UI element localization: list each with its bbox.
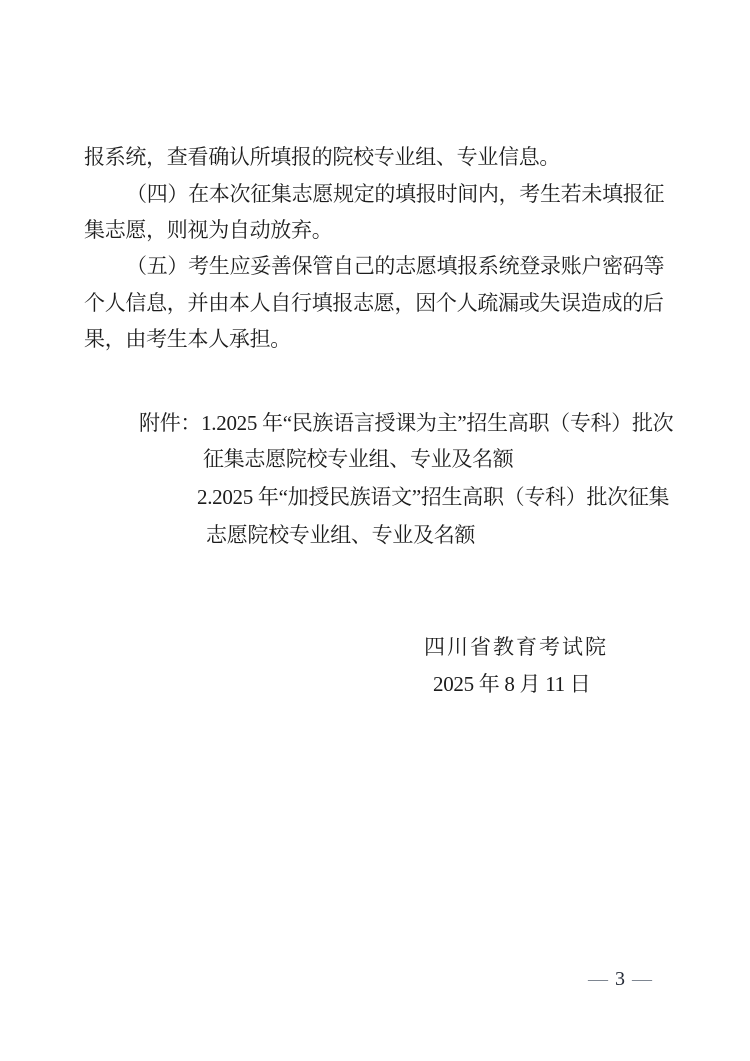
body-text-line: （四）在本次征集志愿规定的填报时间内，考生若未填报征 (126, 181, 664, 207)
body-text-line: 果，由考生本人承担。 (84, 326, 291, 352)
body-text-line: 报系统，查看确认所填报的院校专业组、专业信息。 (84, 144, 560, 170)
body-text-line: （五）考生应妥善保管自己的志愿填报系统登录账户密码等 (126, 253, 664, 279)
page-number-dash-right: — (632, 968, 652, 990)
attachment-line: 附件：1.2025 年“民族语言授课为主”招生高职（专科）批次 (139, 410, 673, 436)
attachment-line: 2.2025 年“加授民族语文”招生高职（专科）批次征集 (197, 484, 669, 510)
attachment-line: 征集志愿院校专业组、专业及名额 (203, 446, 514, 472)
page-number: —3— (588, 968, 652, 991)
body-text-line: 个人信息，并由本人自行填报志愿，因个人疏漏或失误造成的后 (84, 290, 664, 316)
document-page: 报系统，查看确认所填报的院校专业组、专业信息。 （四）在本次征集志愿规定的填报时… (0, 0, 750, 1061)
issuer-name: 四川省教育考试院 (424, 634, 608, 660)
body-text-line: 集志愿，则视为自动放弃。 (84, 217, 332, 243)
attachment-line: 志愿院校专业组、专业及名额 (206, 522, 475, 548)
issue-date: 2025 年 8 月 11 日 (433, 671, 590, 697)
page-number-value: 3 (615, 968, 625, 990)
page-number-dash-left: — (588, 968, 608, 990)
